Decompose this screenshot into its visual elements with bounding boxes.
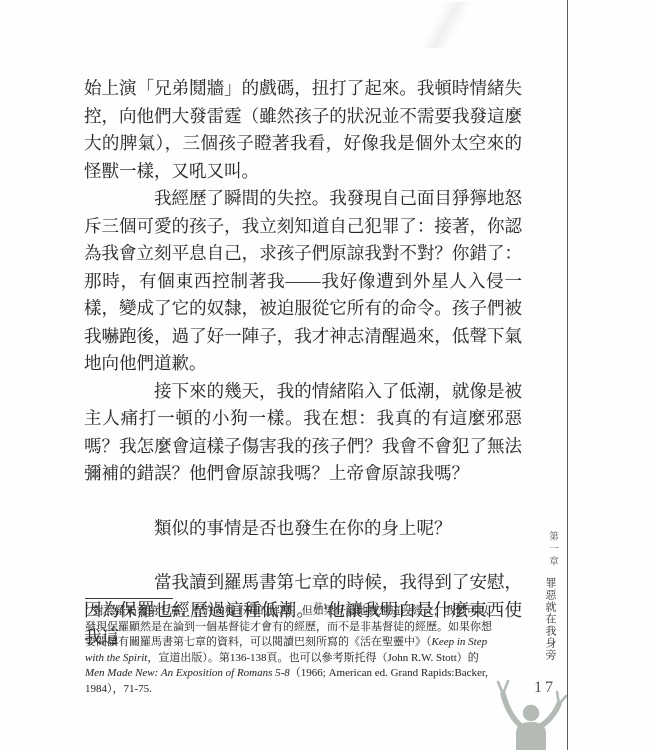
main-text-column: 始上演「兄弟鬩牆」的戲碼，扭打了起來。我頓時情緒失控，向他們大發雷霆（雖然孩子的…: [84, 75, 522, 652]
chapter-title: 罪惡就在我身旁: [542, 577, 558, 661]
scan-smudge: [396, 2, 492, 48]
paragraph-2: 我經歷了瞬間的失控。我發現自己面目猙獰地怒斥三個可愛的孩子，我立刻知道自己犯罪了…: [84, 185, 522, 378]
page-number: 17: [534, 679, 556, 697]
footnote-line: 1對於羅馬書第七章，有許多種不同的解釋。但如果仔細地默想這段經文，我們可以: [85, 604, 547, 620]
footnote-marker: 1: [85, 602, 89, 611]
footnote-line: 發現保羅顯然是在論到一個基督徒才會有的經歷，而不是非基督徒的經歷。如果你想: [85, 620, 547, 636]
footnote-line: 1984），71-75.: [85, 682, 547, 698]
chapter-number-label: 第一章: [545, 531, 559, 569]
paragraph-continuation: 始上演「兄弟鬩牆」的戲碼，扭打了起來。我頓時情緒失控，向他們大發雷霆（雖然孩子的…: [84, 75, 522, 185]
footnote-line: with the Spirit，宣道出版）。第136-138頁。也可以參考斯托得…: [85, 651, 547, 667]
footnote-separator-rule: [85, 598, 173, 599]
footnote-lines: 1對於羅馬書第七章，有許多種不同的解釋。但如果仔細地默想這段經文，我們可以發現保…: [85, 604, 547, 698]
person-raised-arms-icon: [487, 660, 571, 750]
footnote-line: 要閱讀有關羅馬書第七章的資料，可以閱讀巴刻所寫的《活在聖靈中》（Keep in …: [85, 635, 547, 651]
paragraph-3: 接下來的幾天，我的情緒陷入了低潮，就像是被主人痛打一頓的小狗一樣。我在想：我真的…: [84, 378, 522, 488]
page-edge-rule: [567, 0, 568, 750]
book-page: { "page": { "number": "17", "chapter_lab…: [0, 0, 650, 750]
paragraph-question: 類似的事情是否也發生在你的身上呢？: [84, 515, 522, 543]
footnote-line: Men Made New: An Exposition of Romans 5-…: [85, 666, 547, 682]
